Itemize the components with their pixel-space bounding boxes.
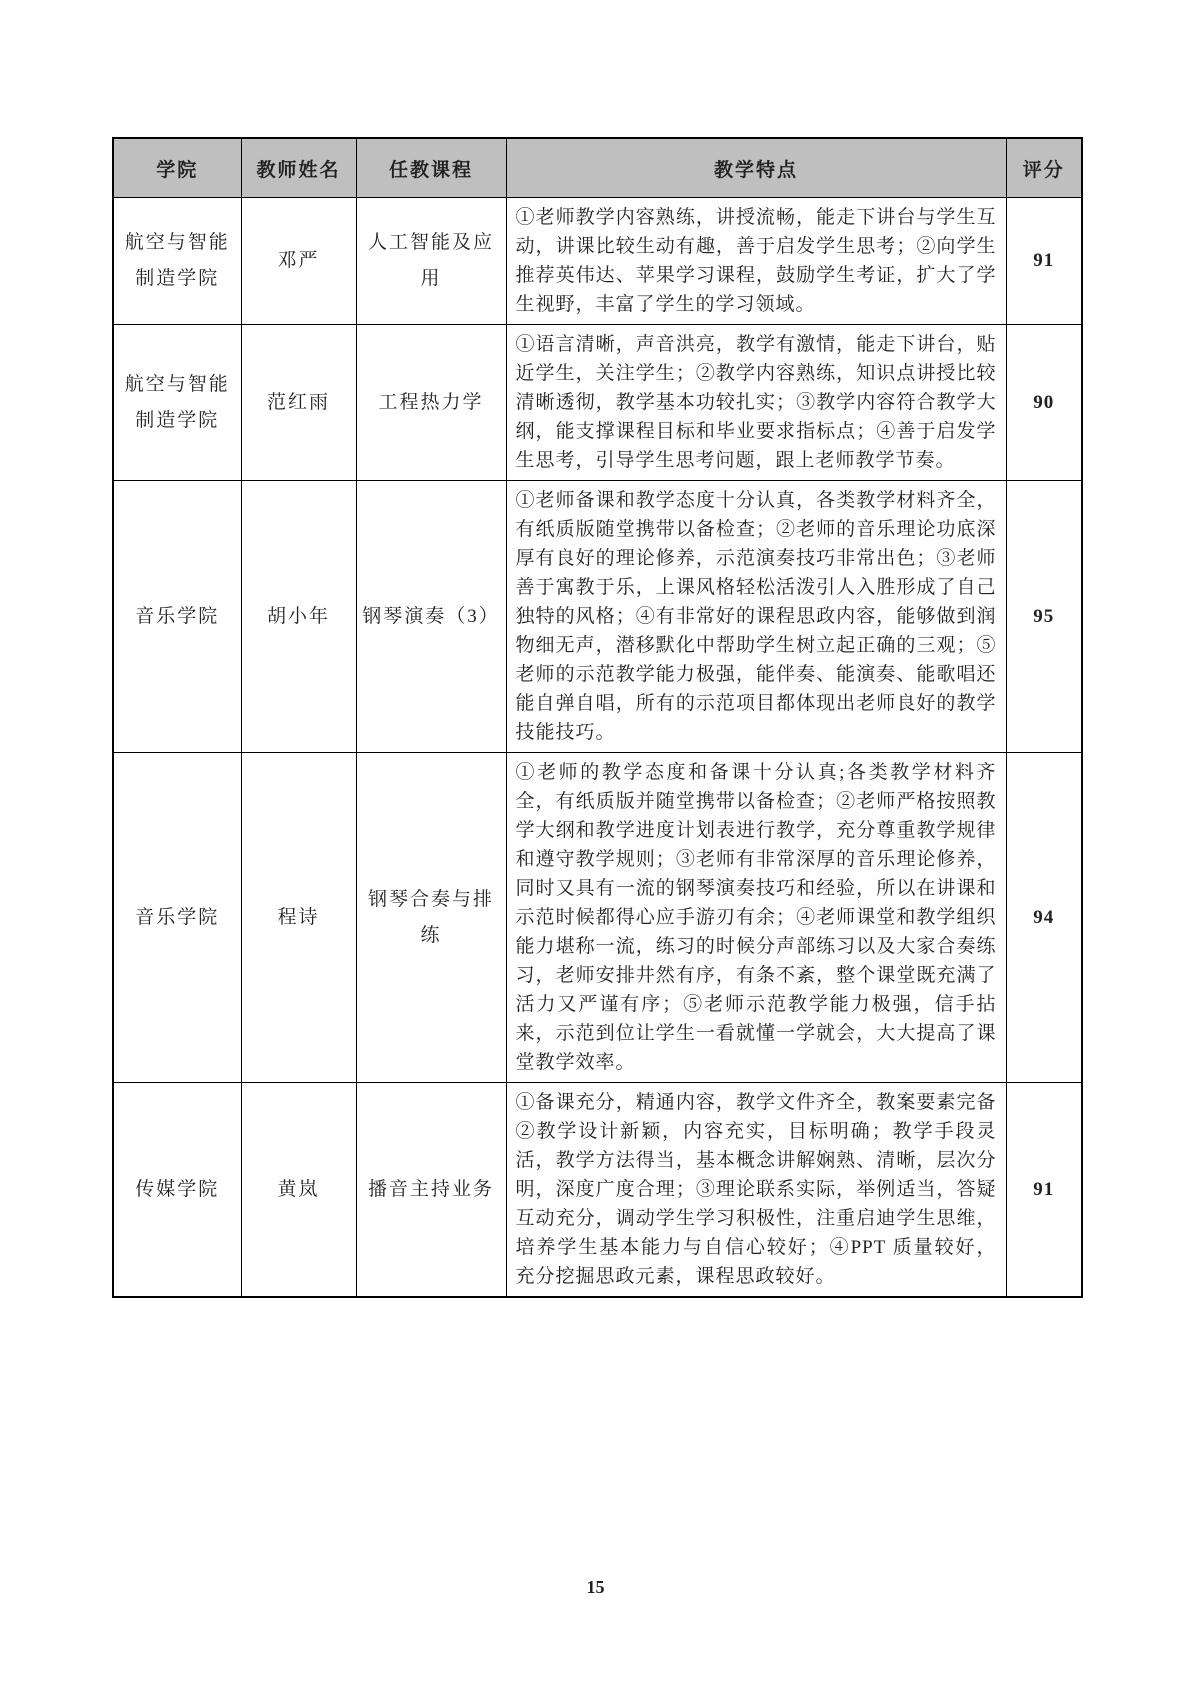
cell-college: 音乐学院 <box>113 481 241 753</box>
header-score: 评分 <box>1006 138 1082 198</box>
cell-score: 91 <box>1006 1083 1082 1298</box>
cell-teaching-features: ①老师教学内容熟练，讲授流畅，能走下讲台与学生互动，讲课比较生动有趣，善于启发学… <box>506 198 1006 325</box>
teacher-evaluation-table: 学院 教师姓名 任教课程 教学特点 评分 航空与智能制造学院 邓严 人工智能及应… <box>112 137 1083 1298</box>
header-teaching-features: 教学特点 <box>506 138 1006 198</box>
cell-teaching-features: ①老师的教学态度和备课十分认真;各类教学材料齐全，有纸质版并随堂携带以备检查；②… <box>506 753 1006 1083</box>
page-number: 15 <box>0 1577 1191 1598</box>
cell-score: 90 <box>1006 325 1082 481</box>
table-row: 航空与智能制造学院 范红雨 工程热力学 ①语言清晰，声音洪亮，教学有激情，能走下… <box>113 325 1082 481</box>
header-college: 学院 <box>113 138 241 198</box>
cell-course: 工程热力学 <box>356 325 506 481</box>
cell-course: 播音主持业务 <box>356 1083 506 1298</box>
cell-score: 94 <box>1006 753 1082 1083</box>
cell-college: 传媒学院 <box>113 1083 241 1298</box>
cell-teacher-name: 范红雨 <box>241 325 356 481</box>
table-header-row: 学院 教师姓名 任教课程 教学特点 评分 <box>113 138 1082 198</box>
cell-course: 人工智能及应用 <box>356 198 506 325</box>
cell-teaching-features: ①老师备课和教学态度十分认真，各类教学材料齐全，有纸质版随堂携带以备检查；②老师… <box>506 481 1006 753</box>
table-body: 航空与智能制造学院 邓严 人工智能及应用 ①老师教学内容熟练，讲授流畅，能走下讲… <box>113 198 1082 1298</box>
cell-score: 95 <box>1006 481 1082 753</box>
header-teacher-name: 教师姓名 <box>241 138 356 198</box>
cell-course: 钢琴演奏（3） <box>356 481 506 753</box>
cell-score: 91 <box>1006 198 1082 325</box>
cell-college: 航空与智能制造学院 <box>113 325 241 481</box>
cell-teacher-name: 程诗 <box>241 753 356 1083</box>
cell-teaching-features: ①语言清晰，声音洪亮，教学有激情，能走下讲台，贴近学生，关注学生；②教学内容熟练… <box>506 325 1006 481</box>
header-course: 任教课程 <box>356 138 506 198</box>
cell-teacher-name: 黄岚 <box>241 1083 356 1298</box>
document-page: 学院 教师姓名 任教课程 教学特点 评分 航空与智能制造学院 邓严 人工智能及应… <box>0 0 1191 1684</box>
cell-teacher-name: 胡小年 <box>241 481 356 753</box>
cell-course: 钢琴合奏与排练 <box>356 753 506 1083</box>
cell-teacher-name: 邓严 <box>241 198 356 325</box>
table-row: 音乐学院 程诗 钢琴合奏与排练 ①老师的教学态度和备课十分认真;各类教学材料齐全… <box>113 753 1082 1083</box>
cell-college: 航空与智能制造学院 <box>113 198 241 325</box>
cell-college: 音乐学院 <box>113 753 241 1083</box>
table-row: 传媒学院 黄岚 播音主持业务 ①备课充分，精通内容，教学文件齐全，教案要素完备②… <box>113 1083 1082 1298</box>
table-row: 航空与智能制造学院 邓严 人工智能及应用 ①老师教学内容熟练，讲授流畅，能走下讲… <box>113 198 1082 325</box>
cell-teaching-features: ①备课充分，精通内容，教学文件齐全，教案要素完备②教学设计新颖，内容充实，目标明… <box>506 1083 1006 1298</box>
table-row: 音乐学院 胡小年 钢琴演奏（3） ①老师备课和教学态度十分认真，各类教学材料齐全… <box>113 481 1082 753</box>
